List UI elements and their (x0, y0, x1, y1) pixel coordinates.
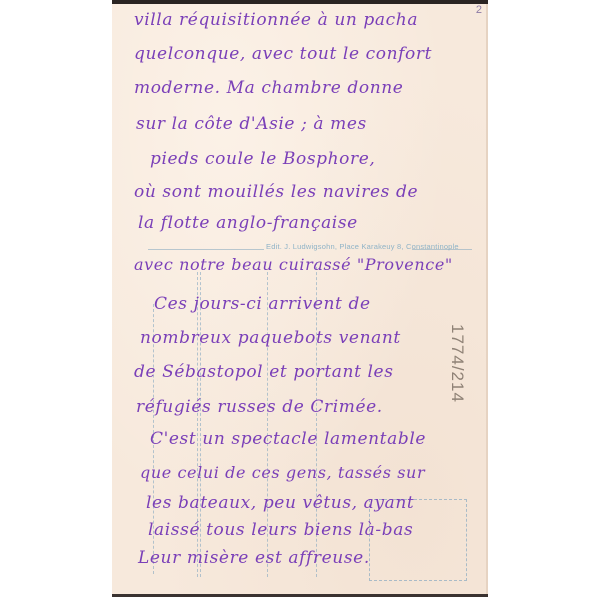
postcard-back: Edit. J. Ludwigsohn, Place Karakeuy 8, C… (112, 0, 488, 597)
handwritten-line: avec notre beau cuirassé "Provence" (134, 255, 453, 274)
archive-number: 1774/214 (447, 324, 467, 403)
handwritten-line: nombreux paquebots venant (140, 328, 401, 348)
publisher-rule-right (412, 249, 472, 250)
handwritten-line: que celui de ces gens, tassés sur (140, 463, 425, 482)
handwritten-line: la flotte anglo-française (138, 213, 358, 233)
handwritten-line: villa réquisitionnée à un pacha (134, 10, 418, 30)
handwritten-line: Leur misère est affreuse. (138, 548, 370, 568)
handwritten-line: de Sébastopol et portant les (134, 362, 394, 382)
handwritten-line: quelconque, avec tout le confort (134, 44, 432, 64)
card-edge (486, 4, 488, 594)
handwritten-line: pieds coule le Bosphore, (150, 149, 375, 169)
handwritten-line: Ces jours-ci arrivent de (154, 294, 371, 314)
handwritten-line: moderne. Ma chambre donne (134, 78, 403, 98)
handwritten-line: laissé tous leurs biens là-bas (148, 520, 413, 540)
handwritten-line: C'est un spectacle lamentable (150, 429, 426, 449)
handwritten-line: réfugiés russes de Crimée. (136, 397, 383, 417)
publisher-rule-left (148, 249, 264, 250)
handwritten-line: les bateaux, peu vêtus, ayant (146, 493, 414, 513)
handwritten-line: où sont mouillés les navires de (134, 182, 418, 202)
scan-page: Edit. J. Ludwigsohn, Place Karakeuy 8, C… (0, 0, 600, 600)
page-number: 2 (476, 4, 482, 16)
handwritten-line: sur la côte d'Asie ; à mes (136, 114, 367, 134)
